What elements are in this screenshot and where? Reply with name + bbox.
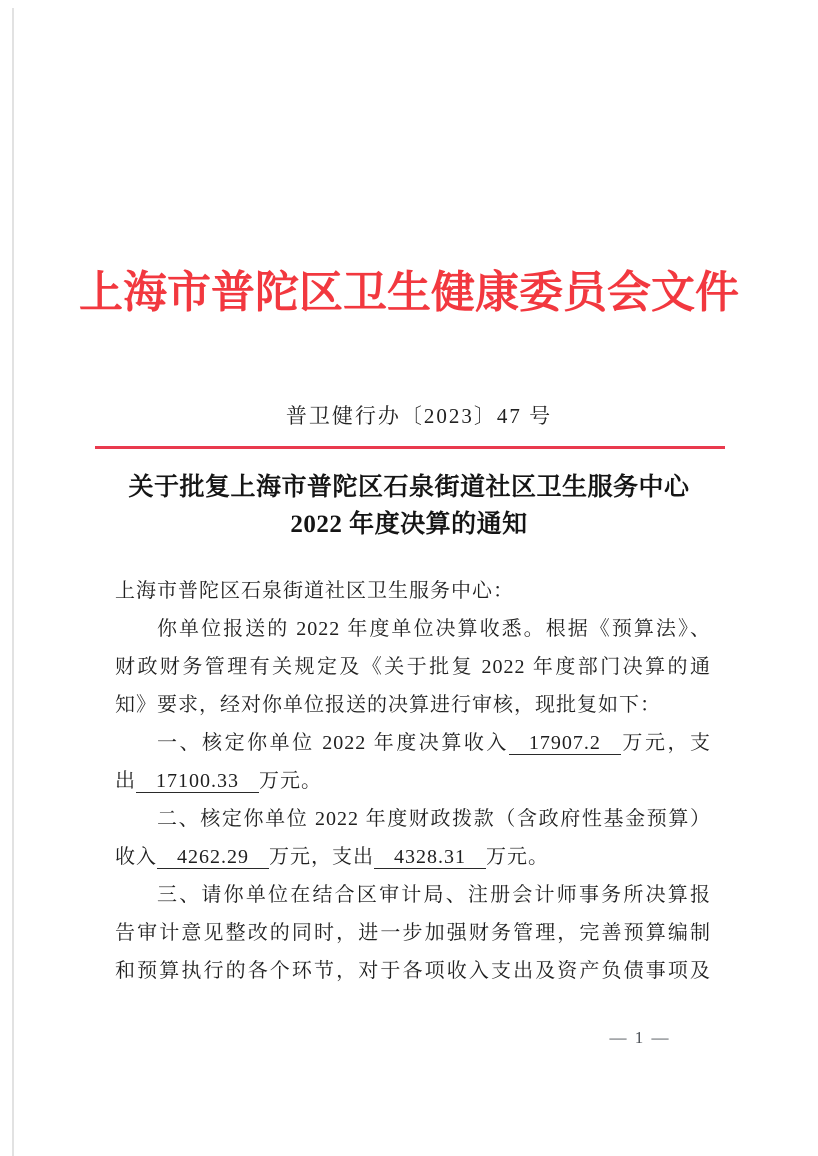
paragraph-1-line-3: 知》要求，经对你单位报送的决算进行审核，现批复如下： xyxy=(115,686,711,724)
paragraph-4-line-3: 和预算执行的各个环节，对于各项收入支出及资产负债事项及 xyxy=(115,952,711,990)
salutation-line: 上海市普陀区石泉街道社区卫生服务中心： xyxy=(115,572,711,610)
paragraph-3-line-1: 二、核定你单位 2022 年度财政拨款（含政府性基金预算） xyxy=(115,800,711,838)
item-2-text-mid: 万元，支出 xyxy=(269,846,374,868)
document-subject-title: 关于批复上海市普陀区石泉街道社区卫生服务中心 2022 年度决算的通知 xyxy=(0,469,818,543)
paragraph-3-line-2: 收入4262.29万元，支出4328.31万元。 xyxy=(115,838,711,876)
item-1-text-end: 万元。 xyxy=(259,770,322,792)
item-2-text-end: 万元。 xyxy=(486,846,549,868)
item-1-text-cont: 出 xyxy=(115,770,136,792)
paragraph-4-line-2: 告审计意见整改的同时，进一步加强财务管理，完善预算编制 xyxy=(115,914,711,952)
item-2-text-pre: 收入 xyxy=(115,846,157,868)
subject-line-2: 2022 年度决算的通知 xyxy=(0,506,818,543)
paragraph-1-line-2: 财政财务管理有关规定及《关于批复 2022 年度部门决算的通 xyxy=(115,648,711,686)
total-expense-value: 17100.33 xyxy=(136,770,259,793)
document-reference-number: 普卫健行办〔2023〕47 号 xyxy=(20,400,818,432)
red-divider-rule xyxy=(95,446,725,449)
page-number: — 1 — xyxy=(560,1026,720,1050)
paragraph-2-line-2: 出17100.33万元。 xyxy=(115,762,711,800)
paragraph-1-line-1: 你单位报送的 2022 年度单位决算收悉。根据《预算法》、 xyxy=(115,610,711,648)
paragraph-2-line-1: 一、核定你单位 2022 年度决算收入17907.2万元，支 xyxy=(115,724,711,762)
subject-line-1: 关于批复上海市普陀区石泉街道社区卫生服务中心 xyxy=(0,469,818,506)
total-income-value: 17907.2 xyxy=(509,732,621,755)
paragraph-4-line-1: 三、请你单位在结合区审计局、注册会计师事务所决算报 xyxy=(115,876,711,914)
agency-header-title: 上海市普陀区卫生健康委员会文件 xyxy=(0,258,818,328)
item-1-text-pre: 一、核定你单位 2022 年度决算收入 xyxy=(157,732,509,754)
scan-edge-artifact xyxy=(12,8,14,1156)
document-page: 上海市普陀区卫生健康委员会文件 普卫健行办〔2023〕47 号 关于批复上海市普… xyxy=(0,0,818,1156)
item-1-text-post: 万元，支 xyxy=(621,732,711,754)
fiscal-income-value: 4262.29 xyxy=(157,846,269,869)
document-body: 上海市普陀区石泉街道社区卫生服务中心： 你单位报送的 2022 年度单位决算收悉… xyxy=(115,572,711,990)
fiscal-expense-value: 4328.31 xyxy=(374,846,486,869)
